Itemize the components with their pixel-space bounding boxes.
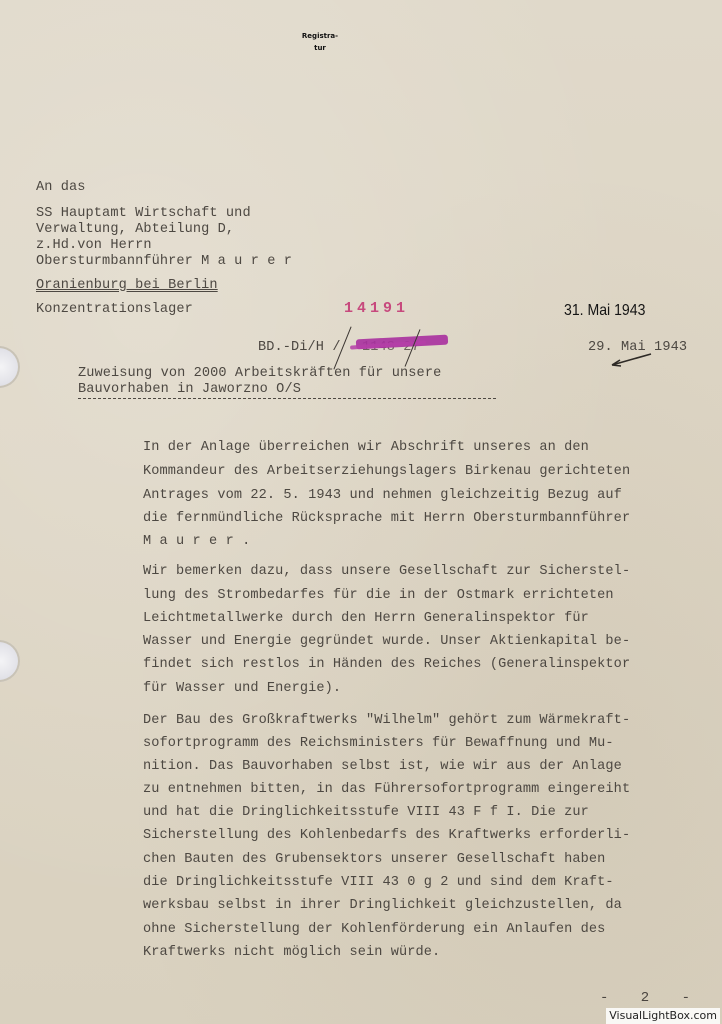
received-date-stamp: 31. Mai 1943	[564, 302, 645, 320]
salutation: An das	[36, 180, 86, 195]
body-line: nition. Das Bauvorhaben selbst ist, wie …	[143, 759, 622, 774]
body-line: M a u r e r .	[143, 534, 250, 549]
registry-stamp-line: tur	[300, 42, 340, 54]
body-line: Wasser und Energie gegründet wurde. Unse…	[143, 634, 630, 649]
body-line: findet sich restlos in Händen des Reiche…	[143, 657, 630, 672]
body-line: die Dringlichkeitsstufe VIII 43 0 g 2 un…	[143, 875, 614, 890]
body-line: Kommandeur des Arbeitserziehungslagers B…	[143, 464, 630, 479]
body-line: und hat die Dringlichkeitsstufe VIII 43 …	[143, 805, 589, 820]
arrow-mark-icon	[608, 352, 652, 368]
subject-underline	[78, 398, 496, 399]
body-line: Der Bau des Großkraftwerks "Wilhelm" geh…	[143, 713, 630, 728]
body-line: Sicherstellung des Kohlenbedarfs des Kra…	[143, 828, 630, 843]
document-page: Registra- tur An das SS Hauptamt Wirtsch…	[0, 0, 722, 1024]
page-number: - 2 -	[600, 990, 702, 1006]
body-line: für Wasser und Energie).	[143, 681, 341, 696]
punch-hole	[0, 346, 20, 388]
body-line: Wir bemerken dazu, dass unsere Gesellsch…	[143, 564, 630, 579]
recipient-city: Oranienburg bei Berlin	[36, 278, 218, 293]
body-line: die fernmündliche Rücksprache mit Herrn …	[143, 511, 630, 526]
body-line: sofortprogramm des Reichsministers für B…	[143, 736, 614, 751]
body-line: werksbau selbst in ihrer Dringlichkeit g…	[143, 898, 622, 913]
recipient-line: Obersturmbannführer M a u r e r	[36, 254, 292, 269]
subject-line: Zuweisung von 2000 Arbeitskräften für un…	[78, 366, 441, 381]
body-line: Kraftwerks nicht möglich sein würde.	[143, 945, 440, 960]
registration-number-stamp: 14191	[344, 300, 409, 317]
body-line: Leichtmetallwerke durch den Herrn Genera…	[143, 611, 589, 626]
recipient-line: z.Hd.von Herrn	[36, 238, 152, 253]
body-line: In der Anlage überreichen wir Abschrift …	[143, 440, 589, 455]
subject-line: Bauvorhaben in Jaworzno O/S	[78, 382, 301, 397]
watermark: VisualLightBox.com	[606, 1008, 720, 1024]
body-line: lung des Strombedarfes für die in der Os…	[143, 588, 614, 603]
recipient-line: SS Hauptamt Wirtschaft und	[36, 206, 251, 221]
body-line: chen Bauten des Grubensektors unserer Ge…	[143, 852, 605, 867]
recipient-department: Konzentrationslager	[36, 302, 193, 317]
registry-stamp: Registra- tur	[300, 30, 340, 54]
reference-code: BD.-Di/H /	[258, 340, 341, 355]
registry-stamp-line: Registra-	[300, 30, 340, 42]
body-line: ohne Sicherstellung der Kohlenförderung …	[143, 922, 605, 937]
punch-hole	[0, 640, 20, 682]
body-line: zu entnehmen bitten, in das Führersofort…	[143, 782, 630, 797]
recipient-line: Verwaltung, Abteilung D,	[36, 222, 234, 237]
body-line: Antrages vom 22. 5. 1943 und nehmen glei…	[143, 488, 622, 503]
